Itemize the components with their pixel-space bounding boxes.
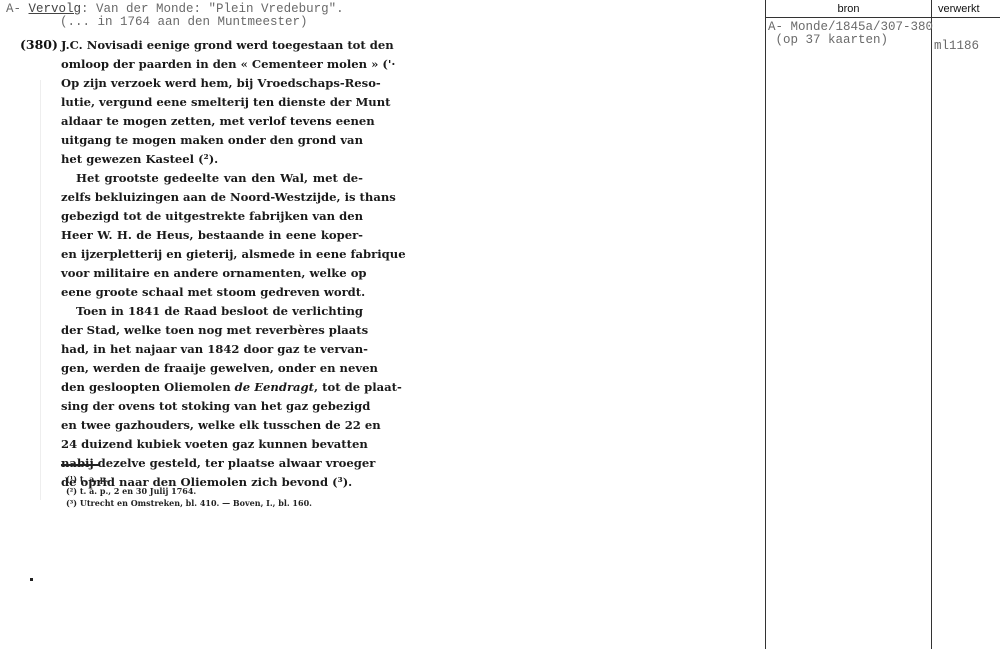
table-border-left xyxy=(765,0,766,649)
footnote-1: (¹) t. a. p. xyxy=(66,473,312,485)
text-line: eene groote schaal met stoom gedreven wo… xyxy=(61,283,363,302)
text-line: Op zijn verzoek werd hem, bij Vroedschap… xyxy=(61,74,363,93)
text-line: het gewezen Kasteel (²). xyxy=(61,150,363,169)
text-line: uitgang te mogen maken onder den grond v… xyxy=(61,131,363,150)
text-line: 24 duizend kubiek voeten gaz kunnen beva… xyxy=(61,435,363,454)
margin-number: (380) xyxy=(20,37,58,52)
text-line: gebezigd tot de uitgestrekte fabrijken v… xyxy=(61,207,363,226)
header-line-2: (... in 1764 aan den Muntmeester) xyxy=(60,16,308,29)
footnote-2: (²) t. a. p., 2 en 30 Julij 1764. xyxy=(66,485,312,497)
header-label: Vervolg xyxy=(29,2,82,16)
paragraph-3: Toen in 1841 de Raad besloot de verlicht… xyxy=(61,302,363,492)
text-line-with-italic: den gesloopten Oliemolen de Eendragt, to… xyxy=(61,378,363,397)
text-line: omloop der paarden in den « Cementeer mo… xyxy=(61,55,363,74)
footnote-divider xyxy=(61,464,99,466)
scan-margin-shadow xyxy=(40,80,41,500)
text-line: Heer W. H. de Heus, bestaande in eene ko… xyxy=(61,226,363,245)
bron-line-2: (op 37 kaarten) xyxy=(768,34,933,47)
paragraph-1: J.C. Novisadi eenige grond werd toegesta… xyxy=(61,36,363,169)
text-line: gen, werden de fraaije gewelven, onder e… xyxy=(61,359,363,378)
text-fragment: , tot de plaat- xyxy=(314,380,402,394)
italic-name: de Eendragt xyxy=(235,380,314,394)
text-line: en twee gazhouders, welke elk tusschen d… xyxy=(61,416,363,435)
column-header-bron: bron xyxy=(766,3,931,15)
text-fragment: den gesloopten Oliemolen xyxy=(61,380,235,394)
text-line: sing der ovens tot stoking van het gaz g… xyxy=(61,397,363,416)
paragraph-2: Het grootste gedeelte van den Wal, met d… xyxy=(61,169,363,302)
header-rest: : Van der Monde: "Plein Vredeburg". xyxy=(81,2,344,16)
table-border-middle xyxy=(931,0,932,649)
text-line: Het grootste gedeelte van den Wal, met d… xyxy=(61,169,363,188)
text-line: lutie, vergund eene smelterij ten dienst… xyxy=(61,93,363,112)
text-line: zelfs bekluizingen aan de Noord-Westzijd… xyxy=(61,188,363,207)
text-line: J.C. Novisadi eenige grond werd toegesta… xyxy=(61,36,363,55)
footnotes: (¹) t. a. p. (²) t. a. p., 2 en 30 Julij… xyxy=(66,473,312,509)
cell-verwerkt: ml1186 xyxy=(934,40,979,53)
text-line: en ijzerpletterij en gieterij, alsmede i… xyxy=(61,245,363,264)
body-text: J.C. Novisadi eenige grond werd toegesta… xyxy=(61,36,363,492)
text-line: had, in het najaar van 1842 door gaz te … xyxy=(61,340,363,359)
text-line: Toen in 1841 de Raad besloot de verlicht… xyxy=(61,302,363,321)
header-prefix: A- xyxy=(6,2,29,16)
column-header-verwerkt: verwerkt xyxy=(938,3,980,15)
cell-bron: A- Monde/1845a/307-380 (op 37 kaarten) xyxy=(768,21,933,47)
text-line: nabij dezelve gesteld, ter plaatse alwaa… xyxy=(61,454,363,473)
table-header-rule xyxy=(765,17,1000,18)
text-line: der Stad, welke toen nog met reverbères … xyxy=(61,321,363,340)
text-line: voor militaire en andere ornamenten, wel… xyxy=(61,264,363,283)
scan-speck xyxy=(30,578,33,581)
text-line: aldaar te mogen zetten, met verlof teven… xyxy=(61,112,363,131)
footnote-3: (³) Utrecht en Omstreken, bl. 410. — Bov… xyxy=(66,497,312,509)
